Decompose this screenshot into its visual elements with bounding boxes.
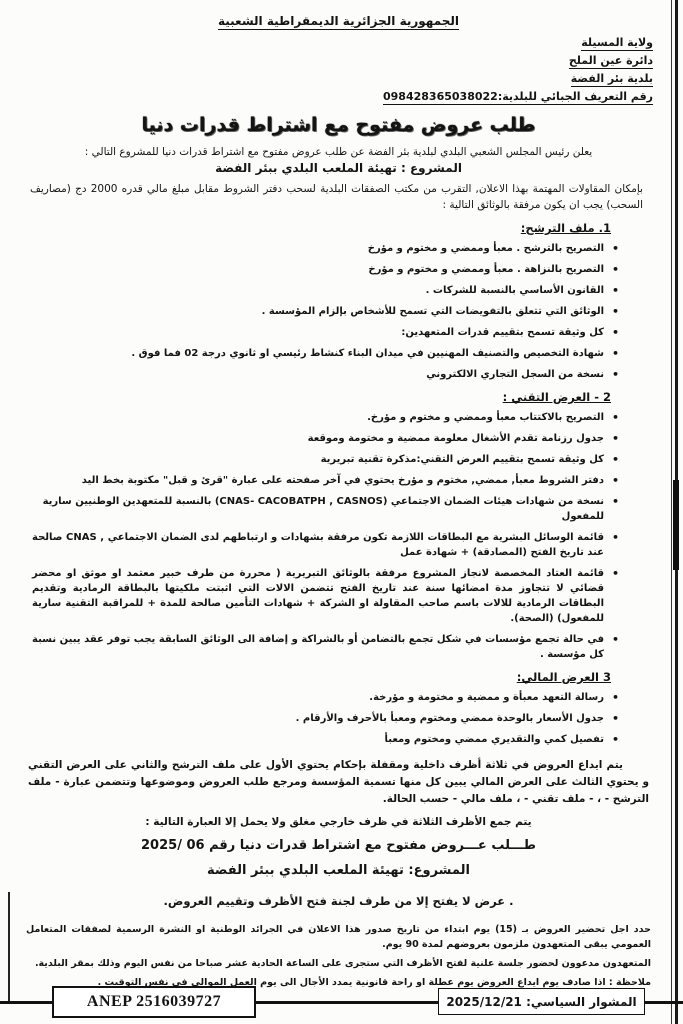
- list-item: التصريح بالترشح . معبأ وممضي و مختوم و م…: [32, 241, 619, 256]
- list-item: في حالة تجمع مؤسسات في شكل تجمع بالتضامن…: [32, 632, 619, 662]
- list-item: دفتر الشروط معبأ, ممضي, مختوم و مؤرخ يحت…: [32, 473, 619, 488]
- republic-header: الجمهورية الجزائرية الديمقراطية الشعبية: [24, 14, 653, 28]
- outer-envelope-line: يتم جمع الأظرف الثلاثة في ظرف خارجي مغلق…: [24, 816, 653, 828]
- commune-line: بلدية بئر الفضة: [24, 70, 653, 88]
- section-heading-candidature: 1. ملف الترشح:: [24, 221, 611, 235]
- document-content: الجمهورية الجزائرية الديمقراطية الشعبية …: [0, 0, 683, 990]
- technical-list: التصريح بالاكتتاب معبأ وممضي و مختوم و م…: [32, 410, 619, 662]
- list-item: الوثائق التي تتعلق بالتفويضات التي تسمح …: [32, 304, 619, 319]
- candidature-list: التصريح بالترشح . معبأ وممضي و مختوم و م…: [32, 241, 619, 382]
- opening-session-paragraph: المتعهدون مدعوون لحضور جلسة علنية لفتح ا…: [26, 956, 651, 971]
- section-heading-financial: 3 العرض المالي:: [24, 670, 611, 684]
- project-reference-line: المشروع: تهيئة الملعب البلدي ببئر الفضة: [24, 863, 653, 878]
- envelopes-paragraph: يتم ايداع العروض في ثلاثة أظرف داخلية وم…: [28, 757, 649, 808]
- list-item: التصريح بالاكتتاب معبأ وممضي و مختوم و م…: [32, 410, 619, 425]
- list-item: القانون الأساسي بالنسبة للشركات .: [32, 283, 619, 298]
- scan-border-right-inner: [671, 0, 672, 1024]
- list-item: رسالة التعهد معبأة و ممضية و مختومة و مؤ…: [32, 690, 619, 705]
- list-item: جدول رزنامة تقدم الأشغال معلومة ممضية و …: [32, 431, 619, 446]
- tax-id-line: رقم التعريف الجبائي للبلدية:098428365038…: [24, 88, 653, 106]
- list-item: شهادة التخصيص والتصنيف المهنيين في ميدان…: [32, 346, 619, 361]
- tender-reference-line: طـــلب عـــروض مفتوح مع اشتراط قدرات دني…: [24, 838, 653, 853]
- list-item: التصريح بالنزاهة . معبأ وممضي و مختوم و …: [32, 262, 619, 277]
- list-item: قائمة العتاد المخصصة لانجاز المشروع مرفق…: [32, 566, 619, 626]
- list-item: تفصيل كمي والتقديري ممضي ومختوم ومعبأ: [32, 732, 619, 747]
- authority-block: ولاية المسيلة دائرة عين الملح بلدية بئر …: [24, 34, 653, 106]
- list-item: نسخة من السجل التجاري الالكتروني: [32, 367, 619, 382]
- list-item: نسخة من شهادات هيئات الضمان الاجتماعي (C…: [32, 494, 619, 524]
- list-item: جدول الأسعار بالوحدة ممضي ومختوم ومعبأ ب…: [32, 711, 619, 726]
- scan-border-ink-blot: [673, 480, 679, 570]
- withdrawal-paragraph: بإمكان المقاولات المهتمة بهذا الاعلان, ا…: [30, 181, 643, 213]
- scan-border-left-partial: [8, 892, 10, 1004]
- section-heading-technical: 2 - العرض التقني :: [24, 390, 611, 404]
- project-title-line: المشروع : تهيئة الملعب البلدي ببئر الفضة: [24, 161, 653, 175]
- republic-header-text: الجمهورية الجزائرية الديمقراطية الشعبية: [218, 14, 459, 30]
- journal-date-box: المشوار السياسي: 2025/12/21: [438, 988, 645, 1015]
- anep-box: ANEP 2516039727: [52, 986, 256, 1018]
- preparation-deadline-paragraph: حدد اجل تحضير العروض بـ (15) يوم ابتداء …: [26, 922, 651, 952]
- list-item: كل وثيقة تسمح بتقييم العرض التقني:مذكرة …: [32, 452, 619, 467]
- list-item: قائمة الوسائل البشرية مع البطاقات اللازم…: [32, 530, 619, 560]
- list-item: كل وثيقة تسمح بتقييم قدرات المتعهدين:: [32, 325, 619, 340]
- financial-list: رسالة التعهد معبأة و ممضية و مختومة و مؤ…: [32, 690, 619, 747]
- opening-restriction-line: . عرض لا يفتح إلا من طرف لجنة فتح الأظرف…: [24, 894, 653, 908]
- intro-paragraph: يعلن رئيس المجلس الشعبي البلدي لبلدية بئ…: [24, 146, 653, 158]
- scanned-tender-document: الجمهورية الجزائرية الديمقراطية الشعبية …: [0, 0, 683, 1024]
- wilaya-line: ولاية المسيلة: [24, 34, 653, 52]
- daira-line: دائرة عين الملح: [24, 52, 653, 70]
- notice-title: طلب عروض مفتوح مع اشتراط قدرات دنيا: [24, 114, 653, 136]
